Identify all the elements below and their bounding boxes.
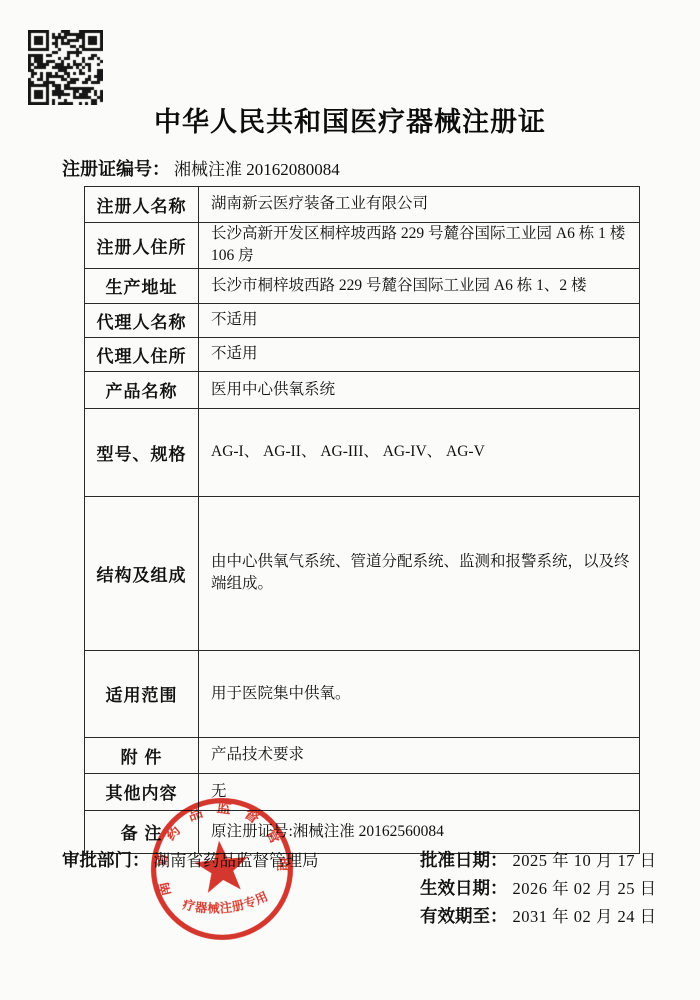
table-row: 结构及组成 由中心供氧气系统、管道分配系统、监测和报警系统，以及终端组成。 [85, 496, 640, 650]
row-value: 医用中心供氧系统 [199, 371, 640, 408]
certificate-table: 注册人名称 湖南新云医疗装备工业有限公司 注册人住所 长沙高新开发区桐梓坡西路 … [84, 186, 640, 854]
approval-date-line: 批准日期：2025 年 10 月 17 日 [420, 846, 657, 874]
registration-number-value: 湘械注准 20162080084 [174, 160, 340, 179]
registration-number-line: 注册证编号：湘械注准 20162080084 [62, 155, 662, 181]
effective-date-line: 生效日期：2026 年 02 月 25 日 [420, 874, 657, 902]
table-row: 其他内容 无 [85, 773, 640, 810]
expiry-date-value: 2031 年 02 月 24 日 [513, 907, 657, 926]
row-value: 不适用 [199, 303, 640, 337]
row-value: 用于医院集中供氧。 [199, 650, 640, 737]
row-value: 湖南新云医疗装备工业有限公司 [199, 187, 640, 223]
table-row: 适用范围 用于医院集中供氧。 [85, 650, 640, 737]
table-row: 注册人名称 湖南新云医疗装备工业有限公司 [85, 187, 640, 223]
row-label: 结构及组成 [85, 496, 199, 650]
row-label: 注册人住所 [85, 223, 199, 269]
row-label: 适用范围 [85, 650, 199, 737]
row-label: 代理人名称 [85, 303, 199, 337]
table-row: 附 件 产品技术要求 [85, 737, 640, 773]
row-value: AG-I、 AG-II、 AG-III、 AG-IV、 AG-V [199, 408, 640, 496]
approval-department-label: 审批部门： [62, 850, 150, 870]
row-label: 产品名称 [85, 371, 199, 408]
qr-code [28, 30, 103, 105]
row-value: 由中心供氧气系统、管道分配系统、监测和报警系统，以及终端组成。 [199, 496, 640, 650]
row-label: 型号、规格 [85, 408, 199, 496]
table-row: 生产地址 长沙市桐梓坡西路 229 号麓谷国际工业园 A6 栋 1、2 楼 [85, 268, 640, 303]
row-value: 产品技术要求 [199, 737, 640, 773]
certificate-page: 中华人民共和国医疗器械注册证 注册证编号：湘械注准 20162080084 注册… [0, 0, 700, 1000]
row-value: 长沙市桐梓坡西路 229 号麓谷国际工业园 A6 栋 1、2 楼 [199, 268, 640, 303]
row-value: 无 [199, 773, 640, 810]
approval-department-line: 审批部门：湖南省药品监督管理局 [62, 847, 319, 872]
expiry-date-line: 有效期至：2031 年 02 月 24 日 [420, 902, 657, 930]
approval-department-value: 湖南省药品监督管理局 [154, 851, 319, 870]
expiry-date-label: 有效期至： [420, 906, 508, 926]
row-value: 长沙高新开发区桐梓坡西路 229 号麓谷国际工业园 A6 栋 1 楼 106 房 [199, 223, 640, 269]
table-row: 型号、规格 AG-I、 AG-II、 AG-III、 AG-IV、 AG-V [85, 408, 640, 496]
date-block: 批准日期：2025 年 10 月 17 日 生效日期：2026 年 02 月 2… [420, 846, 657, 930]
approval-date-value: 2025 年 10 月 17 日 [513, 851, 657, 870]
table-row: 代理人名称 不适用 [85, 303, 640, 337]
table-row: 产品名称 医用中心供氧系统 [85, 371, 640, 408]
row-label: 注册人名称 [85, 187, 199, 223]
row-label: 代理人住所 [85, 337, 199, 371]
row-label: 生产地址 [85, 268, 199, 303]
effective-date-label: 生效日期： [420, 878, 508, 898]
row-value: 不适用 [199, 337, 640, 371]
registration-number-label: 注册证编号： [62, 159, 170, 179]
row-label: 其他内容 [85, 773, 199, 810]
table-row: 代理人住所 不适用 [85, 337, 640, 371]
page-title: 中华人民共和国医疗器械注册证 [0, 100, 700, 139]
effective-date-value: 2026 年 02 月 25 日 [513, 879, 657, 898]
row-label: 附 件 [85, 737, 199, 773]
table-row: 注册人住所 长沙高新开发区桐梓坡西路 229 号麓谷国际工业园 A6 栋 1 楼… [85, 223, 640, 269]
approval-date-label: 批准日期： [420, 850, 508, 870]
